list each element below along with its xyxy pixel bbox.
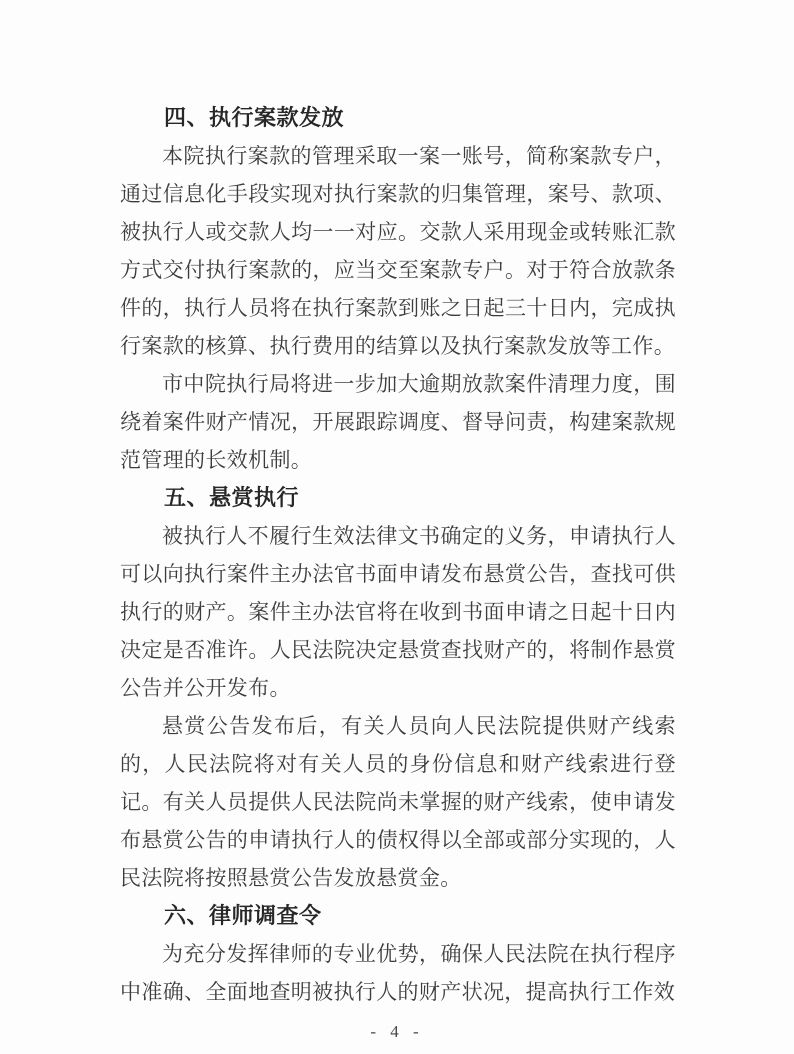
section-execution-funds: 四、执行案款发放 本院执行案款的管理采取一案一账号，简称案款专户，通过信息化手段…	[120, 99, 676, 479]
paragraph: 市中院执行局将进一步加大逾期放款案件清理力度，围绕着案件财产情况，开展跟踪调度、…	[120, 365, 676, 479]
section-heading: 四、执行案款发放	[120, 99, 676, 137]
paragraph: 为充分发挥律师的专业优势，确保人民法院在执行程序中准确、全面地查明被执行人的财产…	[120, 935, 676, 1011]
section-reward-execution: 五、悬赏执行 被执行人不履行生效法律文书确定的义务，申请执行人可以向执行案件主办…	[120, 479, 676, 897]
section-lawyer-investigation-order: 六、律师调查令 为充分发挥律师的专业优势，确保人民法院在执行程序中准确、全面地查…	[120, 897, 676, 1011]
section-heading: 六、律师调查令	[120, 897, 676, 935]
paragraph: 被执行人不履行生效法律文书确定的义务，申请执行人可以向执行案件主办法官书面申请发…	[120, 517, 676, 707]
paragraph: 本院执行案款的管理采取一案一账号，简称案款专户，通过信息化手段实现对执行案款的归…	[120, 137, 676, 365]
page-number: - 4 -	[0, 1022, 794, 1042]
section-heading: 五、悬赏执行	[120, 479, 676, 517]
document-page: 四、执行案款发放 本院执行案款的管理采取一案一账号，简称案款专户，通过信息化手段…	[0, 0, 794, 1054]
paragraph: 悬赏公告发布后，有关人员向人民法院提供财产线索的，人民法院将对有关人员的身份信息…	[120, 707, 676, 897]
